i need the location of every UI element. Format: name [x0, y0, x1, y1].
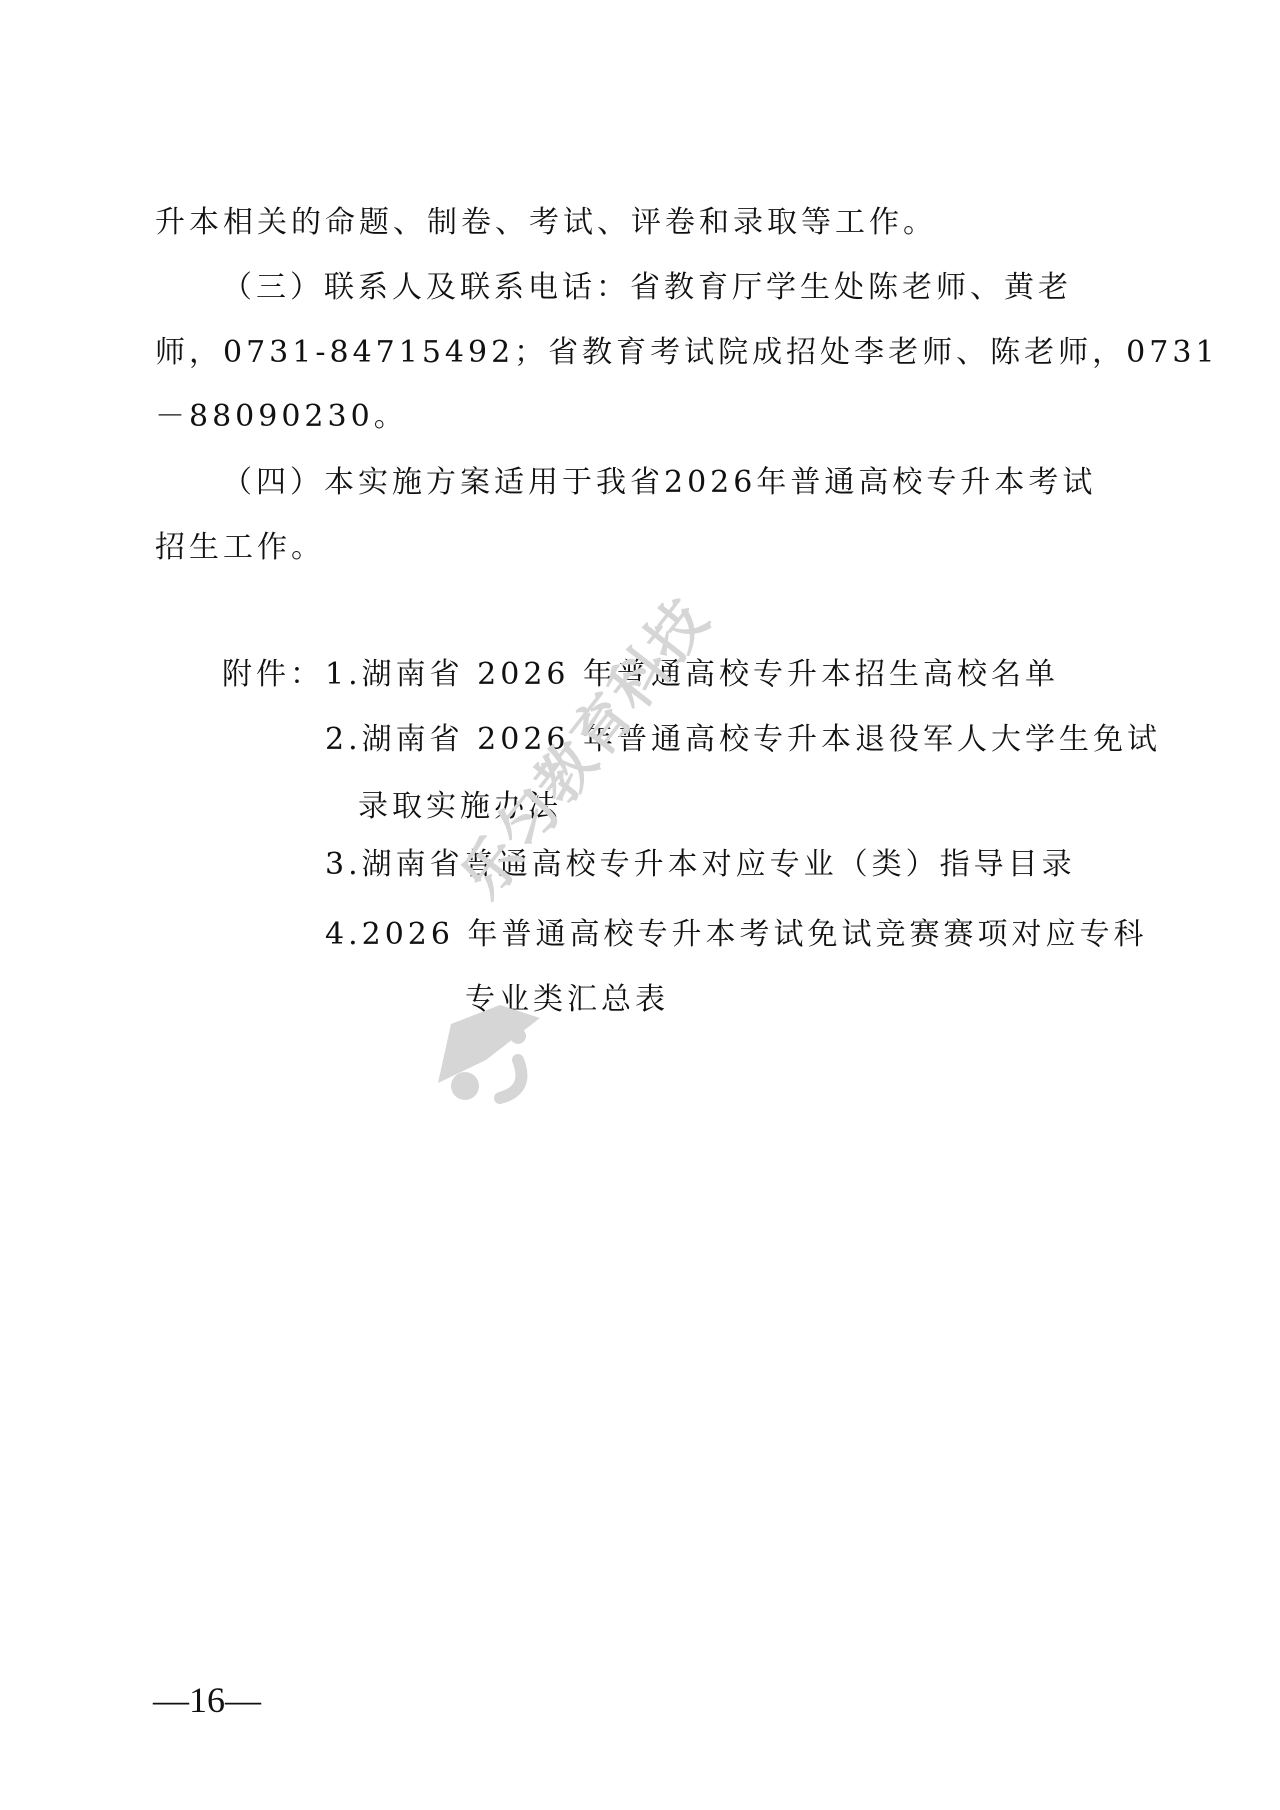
- attachment-item-2-cont: 录取实施办法: [358, 787, 562, 827]
- body-line-6: 招生工作。: [155, 528, 325, 568]
- page-number: —16—: [153, 1680, 261, 1720]
- body-line-4: －88090230。: [155, 397, 408, 437]
- body-line-3: 师，0731-84715492；省教育考试院成招处李老师、陈老师，0731: [155, 333, 1219, 373]
- attachment-item-1: 1.湖南省 2026 年普通高校专升本招生高校名单: [325, 655, 1059, 695]
- attachment-item-4-cont: 专业类汇总表: [465, 980, 669, 1020]
- attachments-label: 附件：: [222, 655, 324, 695]
- attachment-item-2: 2.湖南省 2026 年普通高校专升本退役军人大学生免试: [325, 720, 1161, 760]
- document-page: 升本相关的命题、制卷、考试、评卷和录取等工作。 （三）联系人及联系电话：省教育厅…: [0, 0, 1280, 1810]
- body-line-2: （三）联系人及联系电话：省教育厅学生处陈老师、黄老: [222, 268, 1072, 308]
- attachment-item-4: 4.2026 年普通高校专升本考试免试竞赛赛项对应专科: [325, 915, 1148, 955]
- body-line-1: 升本相关的命题、制卷、考试、评卷和录取等工作。: [155, 203, 937, 243]
- attachment-item-3: 3.湖南省普通高校专升本对应专业（类）指导目录: [325, 845, 1076, 885]
- body-line-5: （四）本实施方案适用于我省2026年普通高校专升本考试: [222, 463, 1096, 503]
